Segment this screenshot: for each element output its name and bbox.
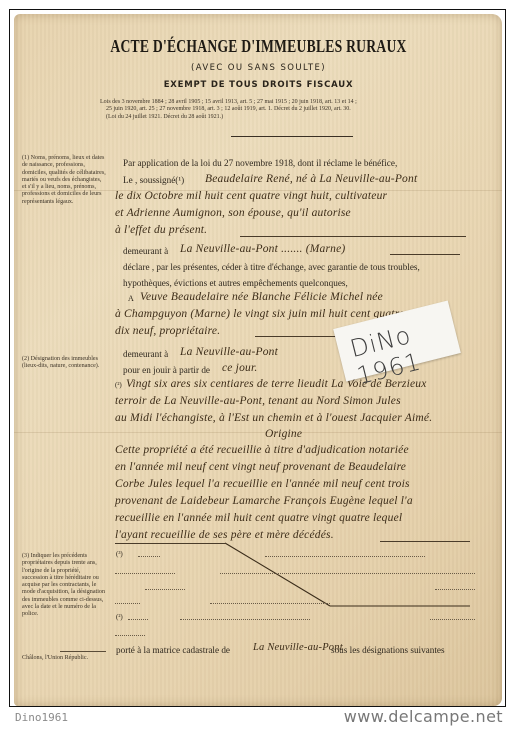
legal-line: Lois des 3 novembre 1884 ; 28 avril 1905…	[100, 99, 488, 106]
note-ref-2b: (²)	[116, 613, 123, 621]
origin-line: recueillie en l'année mil huit cent quat…	[115, 512, 402, 524]
party1-name: Beaudelaire René, né à La Neuville-au-Po…	[205, 173, 417, 185]
residence-label: demeurant à	[123, 246, 168, 256]
dotted-line	[435, 589, 475, 590]
title-separator	[231, 136, 353, 137]
fill-line	[240, 236, 466, 237]
exemption-heading: EXEMPT DE TOUS DROITS FISCAUX	[0, 80, 517, 90]
strike-diagonal	[224, 542, 484, 608]
residence-value: La Neuville-au-Pont ....... (Marne)	[180, 243, 345, 255]
enjoyment-label: pour en jouir à partir de	[123, 365, 210, 375]
dotted-line	[210, 603, 330, 604]
fold-line	[14, 432, 502, 433]
declaration-line: déclare , par les présentes, céder à tit…	[123, 262, 420, 272]
application-line: Par application de la loi du 27 novembre…	[123, 158, 397, 168]
cadastral-suffix: sous les désignations suivantes	[331, 645, 445, 655]
seller-watermark: Dino1961	[15, 711, 68, 724]
dotted-line	[138, 556, 160, 557]
margin-note-3: (3) Indiquer les précédents propriétaire…	[22, 553, 106, 619]
dotted-line	[430, 619, 475, 620]
dotted-line	[128, 619, 148, 620]
dotted-line	[145, 589, 185, 590]
origin-line: provenant de Laidebeur Lamarche François…	[115, 495, 413, 507]
dotted-line	[220, 573, 475, 574]
residence2-label: demeurant à	[123, 349, 168, 359]
printer-credit: Châlons, l'Union Républic.	[22, 655, 106, 662]
residence2-value: La Neuville-au-Pont	[180, 346, 278, 358]
origin-line: en l'année mil neuf cent vingt neuf prov…	[115, 461, 406, 473]
note-ref-3: (³)	[116, 550, 123, 558]
printer-separator	[60, 651, 106, 652]
party2-occupation: dix neuf, propriétaire.	[115, 325, 220, 337]
legal-line: 25 juin 1920, art. 25 ; 27 novembre 1918…	[100, 106, 488, 113]
undersigned-label: Le , soussigné(¹)	[123, 175, 184, 185]
fill-line	[255, 336, 345, 337]
property-description-2: terroir de La Neuville-au-Pont, tenant a…	[115, 395, 401, 407]
cadastral-commune: La Neuville-au-Pont	[253, 642, 343, 653]
dotted-line	[115, 603, 140, 604]
party1-birth: le dix Octobre mil huit cent quatre ving…	[115, 190, 387, 202]
margin-note-2: (2) Désignation des immeubles (lieux-dit…	[22, 356, 106, 371]
margin-note-1: (1) Noms, prénoms, lieux et dates de nai…	[22, 155, 106, 206]
strike-line	[115, 543, 225, 544]
party1-authorization: à l'effet du présent.	[115, 224, 207, 236]
fill-line	[390, 254, 460, 255]
document-title: ACTE D'ÉCHANGE D'IMMEUBLES RURAUX	[57, 36, 460, 57]
origin-line: l'ayant recueillie de ses père et mère d…	[115, 529, 334, 541]
origin-line: Corbe Jules lequel l'a recueillie en l'a…	[115, 478, 410, 490]
document-subtitle: (AVEC OU SANS SOULTE)	[0, 63, 517, 73]
dotted-line	[115, 635, 145, 636]
enjoyment-value: ce jour.	[222, 362, 257, 374]
site-watermark: www.delcampe.net	[344, 707, 503, 726]
guarantee-line: hypothèques, évictions et autres empêche…	[123, 278, 348, 288]
legal-references: Lois des 3 novembre 1884 ; 28 avril 1905…	[100, 99, 488, 121]
cadastral-label: porté à la matrice cadastrale de	[116, 645, 230, 655]
dotted-line	[180, 619, 310, 620]
party2-prefix: A	[128, 294, 134, 303]
dotted-line	[265, 556, 425, 557]
note-ref-2: (²)	[115, 381, 122, 389]
legal-line: (Loi du 24 juillet 1921. Décret du 28 ao…	[100, 114, 488, 121]
origin-line: Cette propriété a été recueillie à titre…	[115, 444, 409, 456]
dotted-line	[115, 573, 175, 574]
origin-heading: Origine	[265, 428, 302, 440]
party2-name: Veuve Beaudelaire née Blanche Félicie Mi…	[140, 291, 383, 303]
property-description-3: au Midi l'échangiste, à l'Est un chemin …	[115, 412, 432, 424]
party1-spouse: et Adrienne Aumignon, son épouse, qu'il …	[115, 207, 351, 219]
